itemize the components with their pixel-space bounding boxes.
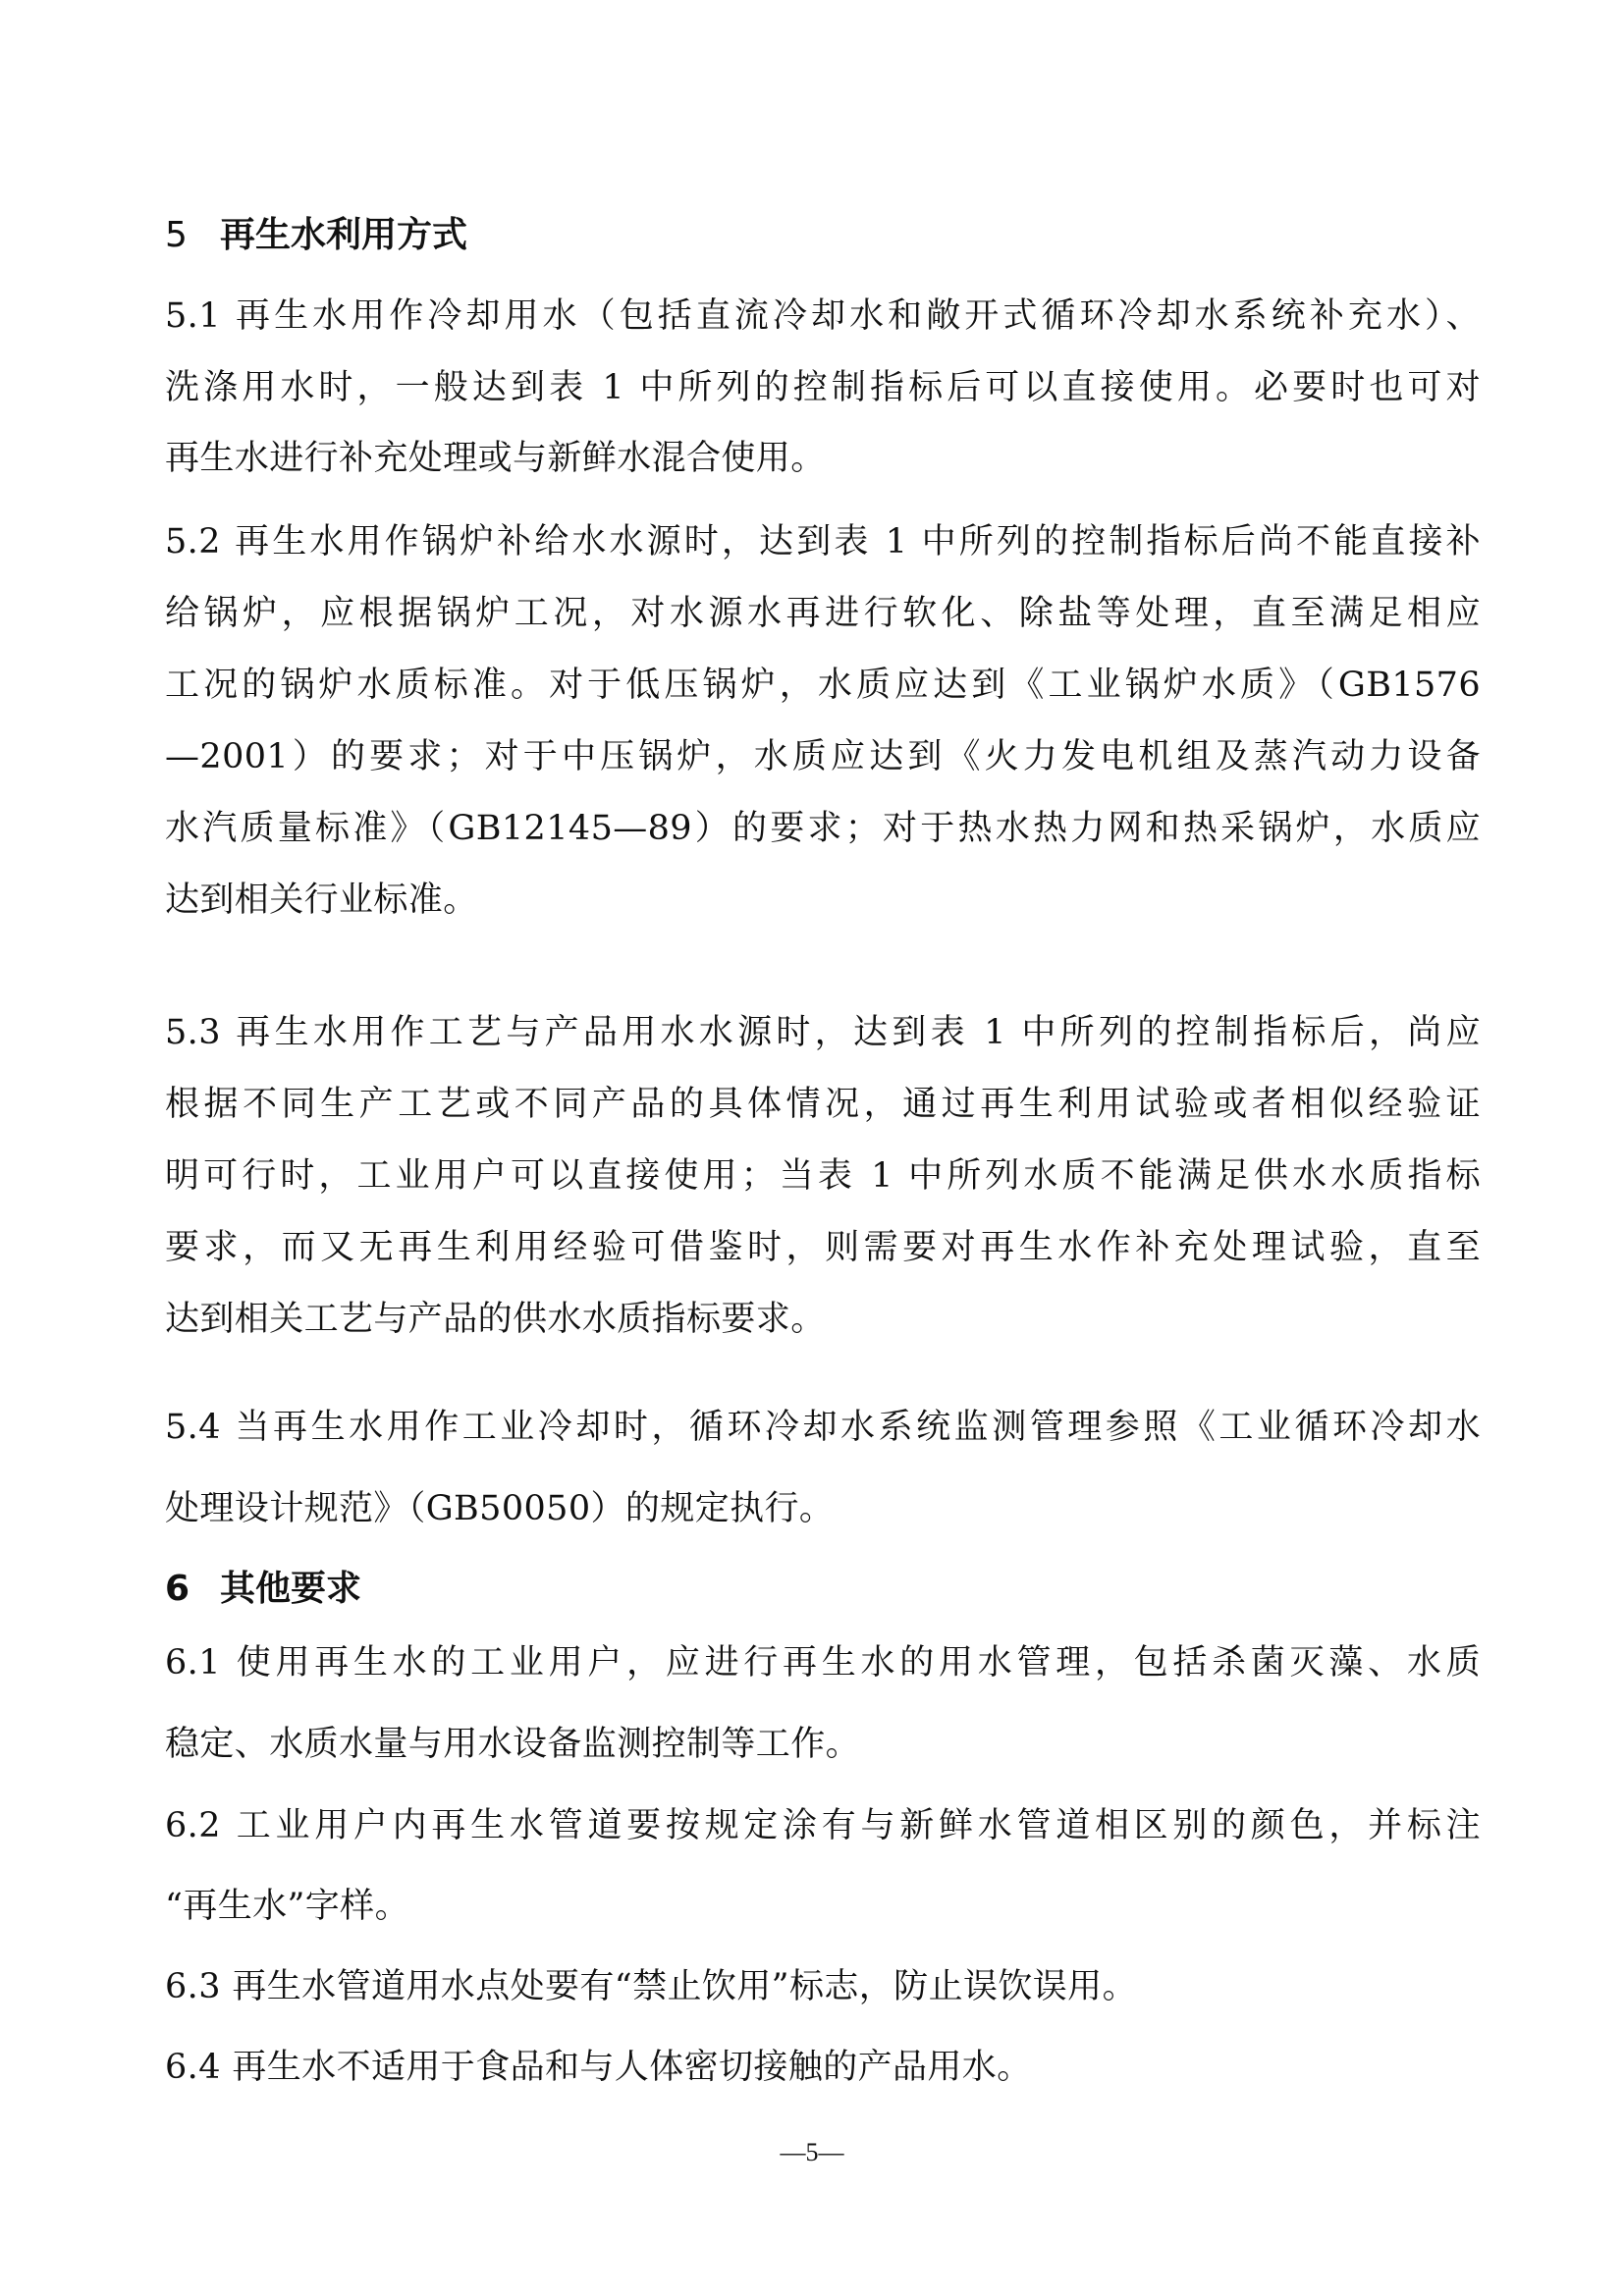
section-number: 6 (165, 1568, 220, 1611)
clause-5-2-line: 水汽质量标准》（GB12145—89）的要求；对于热水热力网和热采锅炉，水质应 (165, 807, 1481, 850)
clause-6-2-line: “再生水”字样。 (165, 1885, 1481, 1928)
clause-6-1-line: 6.1 使用再生水的工业用户，应进行再生水的用水管理，包括杀菌灭藻、水质 (165, 1641, 1481, 1684)
section-title: 其他要求 (220, 1569, 361, 1609)
clause-5-3-line: 根据不同生产工艺或不同产品的具体情况，通过再生利用试验或者相似经验证 (165, 1083, 1481, 1126)
clause-5-2-line: 达到相关行业标准。 (165, 879, 1481, 922)
clause-5-3-line: 达到相关工艺与产品的供水水质指标要求。 (165, 1298, 1481, 1341)
clause-5-1-line: 再生水进行补充处理或与新鲜水混合使用。 (165, 437, 1481, 480)
clause-6-3-line: 6.3 再生水管道用水点处要有“禁止饮用”标志，防止误饮误用。 (165, 1965, 1481, 2008)
clause-5-1-line: 洗涤用水时，一般达到表 1 中所列的控制指标后可以直接使用。必要时也可对 (165, 366, 1481, 409)
clause-6-1-line: 稳定、水质水量与用水设备监测控制等工作。 (165, 1723, 1481, 1766)
clause-6-4-line: 6.4 再生水不适用于食品和与人体密切接触的产品用水。 (165, 2046, 1481, 2089)
document-page: 5再生水利用方式 5.1 再生水用作冷却用水（包括直流冷却水和敞开式循环冷却水系… (0, 0, 1624, 2296)
clause-5-2-line: 工况的锅炉水质标准。对于低压锅炉，水质应达到《工业锅炉水质》（GB1576 (165, 664, 1481, 707)
section-number: 5 (165, 214, 220, 257)
clause-5-3-line: 要求，而又无再生利用经验可借鉴时，则需要对再生水作补充处理试验，直至 (165, 1226, 1481, 1269)
clause-5-1-line: 5.1 再生水用作冷却用水（包括直流冷却水和敞开式循环冷却水系统补充水）、 (165, 294, 1481, 338)
clause-5-4-line: 5.4 当再生水用作工业冷却时，循环冷却水系统监测管理参照《工业循环冷却水 (165, 1406, 1481, 1449)
clause-5-3-line: 5.3 再生水用作工艺与产品用水水源时，达到表 1 中所列的控制指标后，尚应 (165, 1011, 1481, 1054)
page-number: —5— (0, 2138, 1624, 2167)
section-6-heading: 6其他要求 (165, 1568, 361, 1611)
clause-5-3-line: 明可行时，工业用户可以直接使用；当表 1 中所列水质不能满足供水水质指标 (165, 1154, 1481, 1198)
section-title: 再生水利用方式 (220, 215, 467, 255)
clause-5-2-line: —2001）的要求；对于中压锅炉，水质应达到《火力发电机组及蒸汽动力设备 (165, 735, 1481, 778)
section-5-heading: 5再生水利用方式 (165, 214, 467, 257)
clause-5-2-line: 给锅炉，应根据锅炉工况，对水源水再进行软化、除盐等处理，直至满足相应 (165, 592, 1481, 635)
clause-5-2-line: 5.2 再生水用作锅炉补给水水源时，达到表 1 中所列的控制指标后尚不能直接补 (165, 520, 1481, 563)
clause-6-2-line: 6.2 工业用户内再生水管道要按规定涂有与新鲜水管道相区别的颜色，并标注 (165, 1804, 1481, 1847)
clause-5-4-line: 处理设计规范》（GB50050）的规定执行。 (165, 1487, 1481, 1530)
